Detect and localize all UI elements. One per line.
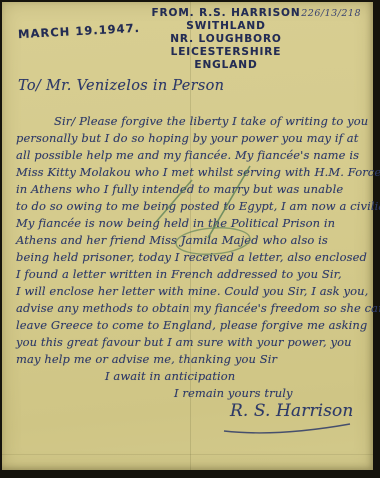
sender-address-block: FROM. R.S. HARRISON SWITHLAND NR. LOUGHB… bbox=[140, 7, 312, 72]
body-line: you this great favour but I am sure with… bbox=[16, 335, 352, 349]
body-line: My fiancée is now being held in the Poli… bbox=[16, 216, 335, 230]
body-line: I found a letter written in French addre… bbox=[16, 267, 342, 281]
sender-line: LEICESTERSHIRE bbox=[140, 46, 312, 59]
body-line: to do so owing to me being posted to Egy… bbox=[16, 199, 380, 213]
signature: R. S. Harrison bbox=[230, 401, 353, 421]
sender-line: FROM. R.S. HARRISON bbox=[140, 7, 312, 20]
closing-line: I await in anticipation bbox=[105, 369, 235, 383]
body-line: being held prisoner, today I received a … bbox=[16, 250, 367, 264]
letter-date: MARCH 19.1947. bbox=[18, 21, 141, 41]
body-line: may help me or advise me, thanking you S… bbox=[16, 352, 277, 366]
body-line: all possible help me and my fiancée. My … bbox=[16, 148, 359, 162]
body-line: advise any methods to obtain my fiancée'… bbox=[16, 301, 380, 315]
paper-crease-horizontal bbox=[2, 454, 373, 455]
sender-line: SWITHLAND bbox=[140, 20, 312, 33]
signature-flourish bbox=[222, 422, 362, 436]
addressee-line: To/ Mr. Venizelos in Person bbox=[18, 78, 224, 94]
body-line: Miss Kitty Molakou who I met whilst serv… bbox=[16, 165, 380, 179]
body-line: leave Greece to come to England, please … bbox=[16, 318, 367, 332]
archive-reference-number: 226/13/218 bbox=[301, 8, 361, 19]
body-line: personally but I do so hoping by your po… bbox=[16, 131, 358, 145]
body-line: in Athens who I fully intended to marry … bbox=[16, 182, 343, 196]
sender-line: ENGLAND bbox=[140, 59, 312, 72]
sender-line: NR. LOUGHBORO bbox=[140, 33, 312, 46]
body-line: Athens and her friend Miss Jamila Majed … bbox=[16, 233, 328, 247]
closing-line: I remain yours truly bbox=[174, 386, 293, 400]
body-line: I will enclose her letter with mine. Cou… bbox=[16, 284, 368, 298]
body-line: Sir/ Please forgive the liberty I take o… bbox=[54, 114, 368, 128]
scanned-letter: MARCH 19.1947. FROM. R.S. HARRISON SWITH… bbox=[0, 0, 380, 478]
letter-paper: MARCH 19.1947. FROM. R.S. HARRISON SWITH… bbox=[2, 2, 373, 470]
